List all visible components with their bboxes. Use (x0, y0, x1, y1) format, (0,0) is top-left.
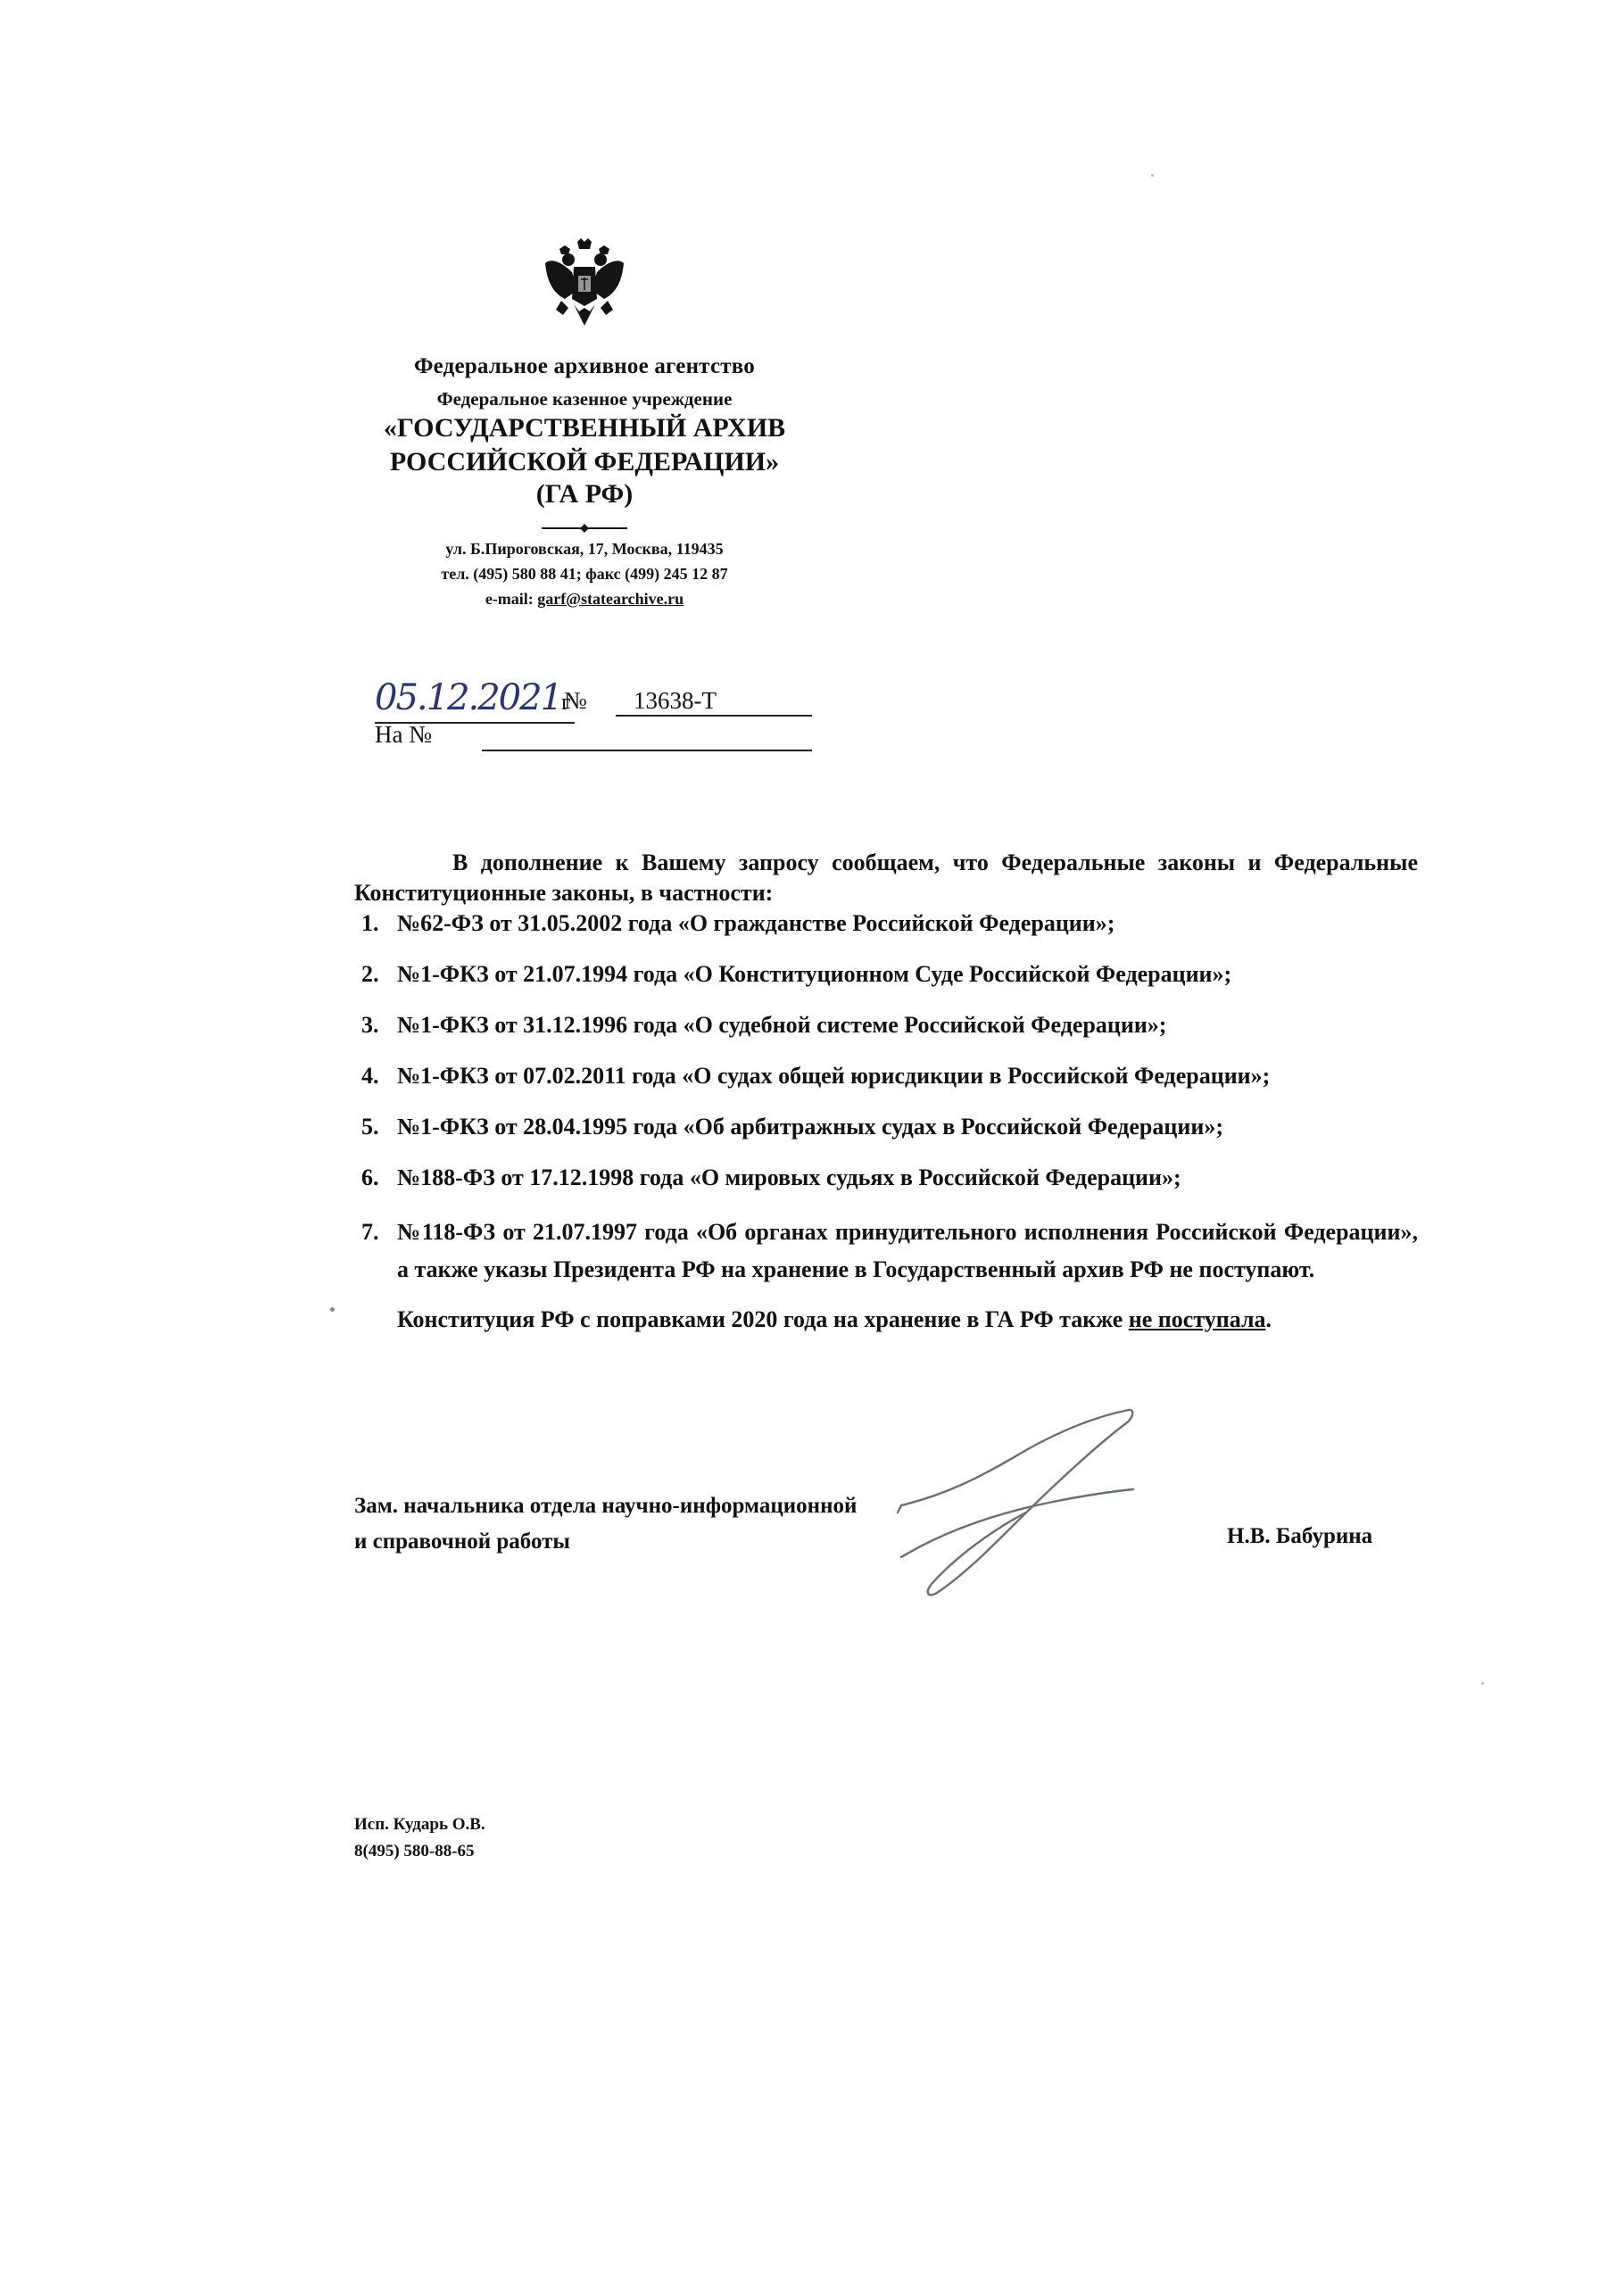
scan-speck (330, 1307, 335, 1312)
law-number: 7. (361, 1214, 379, 1251)
closing-underlined-text: не поступала (1129, 1306, 1266, 1332)
letterhead: Федеральное архивное агентство Федеральн… (352, 236, 816, 609)
signatory-name: Н.В. Бабурина (1227, 1524, 1372, 1549)
executor-phone: 8(495) 580-88-65 (354, 1838, 485, 1865)
email-line: e-mail: garf@statearchive.ru (352, 589, 816, 609)
law-text: №188-ФЗ от 17.12.1998 года «О мировых су… (397, 1165, 1181, 1190)
law-list: 1.№62-ФЗ от 31.05.2002 года «О гражданст… (354, 908, 1418, 1289)
agency-name: Федеральное архивное агентство (352, 354, 816, 379)
law-text: №118-ФЗ от 21.07.1997 года «Об органах п… (397, 1219, 1418, 1282)
law-number: 4. (361, 1061, 379, 1091)
in-reply-value (482, 750, 812, 751)
in-reply-label: На № (375, 721, 432, 749)
signatory-title-line2: и справочной работы (354, 1524, 857, 1560)
email-label: e-mail: (485, 590, 537, 608)
email-link[interactable]: garf@statearchive.ru (537, 590, 684, 608)
law-item: 6.№188-ФЗ от 17.12.1998 года «О мировых … (354, 1163, 1418, 1193)
signatory-title-line1: Зам. начальника отдела научно-информацио… (354, 1488, 857, 1524)
law-text: №62-ФЗ от 31.05.2002 года «О гражданстве… (397, 910, 1114, 936)
ornament-divider-icon (540, 523, 629, 534)
archive-abbreviation: (ГА РФ) (352, 478, 816, 510)
law-text: №1-ФКЗ от 21.07.1994 года «О Конституцио… (397, 961, 1231, 987)
letter-body: В дополнение к Вашему запросу сообщаем, … (354, 848, 1418, 1335)
coat-of-arms-icon (542, 236, 627, 329)
closing-text: Конституция РФ с поправками 2020 года на… (397, 1306, 1129, 1332)
number-label: № (564, 687, 587, 715)
law-text: №1-ФКЗ от 07.02.2011 года «О судах общей… (397, 1063, 1270, 1089)
scan-speck (1481, 1682, 1484, 1685)
law-item: 3.№1-ФКЗ от 31.12.1996 года «О судебной … (354, 1010, 1418, 1040)
executor-block: Исп. Кударь О.В. 8(495) 580-88-65 (354, 1811, 485, 1865)
law-number: 1. (361, 908, 379, 939)
executor-name: Исп. Кударь О.В. (354, 1811, 485, 1838)
law-number: 3. (361, 1010, 379, 1040)
law-number: 5. (361, 1112, 379, 1142)
letter-page: Федеральное архивное агентство Федеральн… (0, 0, 1624, 2296)
phone-fax: тел. (495) 580 88 41; факс (499) 245 12 … (352, 564, 816, 584)
reference-block: 05.12.2021г № 13638-Т На № (375, 678, 803, 758)
law-text: №1-ФКЗ от 31.12.1996 года «О судебной си… (397, 1012, 1166, 1038)
scan-speck (1151, 174, 1154, 177)
law-number: 2. (361, 959, 379, 990)
outgoing-date: 05.12.2021г (375, 678, 575, 724)
handwritten-date: 05.12.2021 (375, 677, 561, 718)
signatory-title: Зам. начальника отдела научно-информацио… (354, 1488, 857, 1560)
law-item: 1.№62-ФЗ от 31.05.2002 года «О гражданст… (354, 908, 1418, 939)
archive-name-line2: РОССИЙСКОЙ ФЕДЕРАЦИИ» (352, 446, 816, 478)
law-item: 5.№1-ФКЗ от 28.04.1995 года «Об арбитраж… (354, 1112, 1418, 1142)
outgoing-number: 13638-Т (616, 687, 812, 717)
law-item: 4.№1-ФКЗ от 07.02.2011 года «О судах общ… (354, 1061, 1418, 1091)
institution-type: Федеральное казенное учреждение (352, 388, 816, 410)
law-item: 2.№1-ФКЗ от 21.07.1994 года «О Конституц… (354, 959, 1418, 990)
handwritten-signature-icon (892, 1405, 1214, 1602)
closing-paragraph: Конституция РФ с поправками 2020 года на… (397, 1305, 1418, 1335)
archive-name-line1: «ГОСУДАРСТВЕННЫЙ АРХИВ (352, 412, 816, 444)
intro-paragraph: В дополнение к Вашему запросу сообщаем, … (354, 848, 1418, 908)
closing-period: . (1266, 1306, 1272, 1332)
law-item: 7.№118-ФЗ от 21.07.1997 года «Об органах… (354, 1214, 1418, 1289)
law-number: 6. (361, 1163, 379, 1193)
law-text: №1-ФКЗ от 28.04.1995 года «Об арбитражны… (397, 1114, 1223, 1140)
address: ул. Б.Пироговская, 17, Москва, 119435 (352, 539, 816, 559)
